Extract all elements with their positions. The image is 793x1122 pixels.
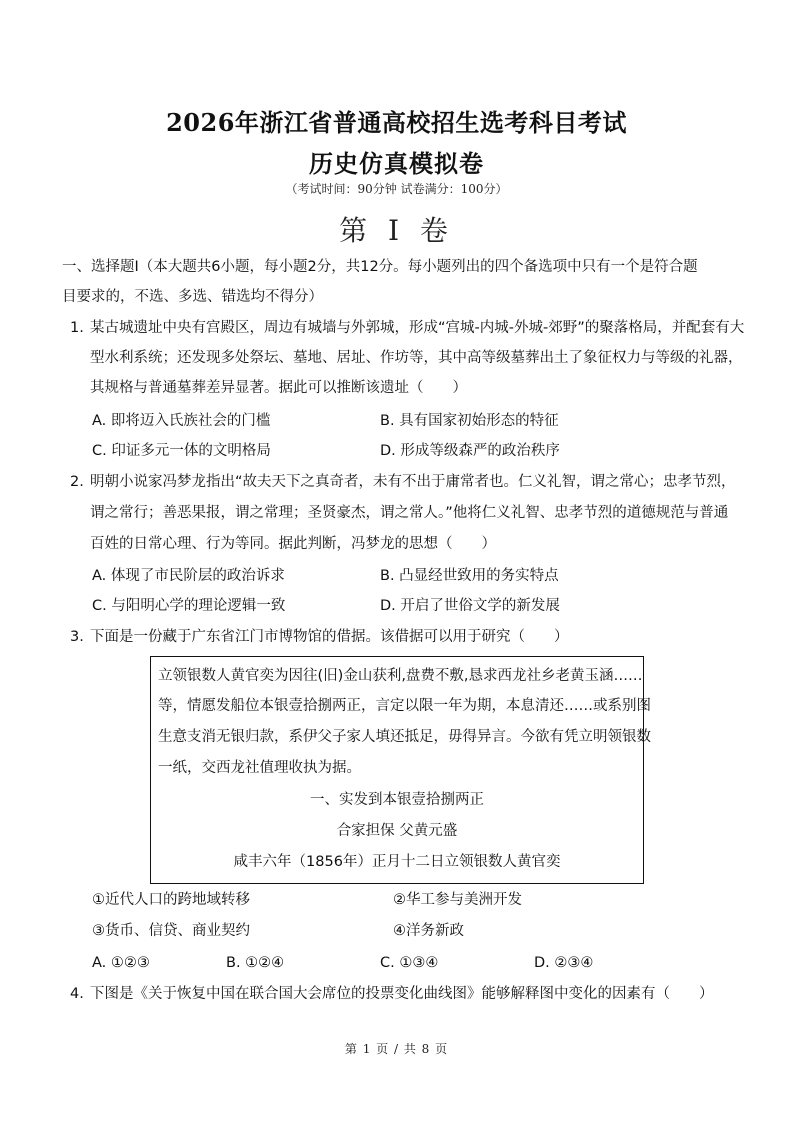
option-label: D. — [534, 955, 550, 971]
question-text-line: 下图是《关于恢复中国在联合国大会席位的投票变化曲线图》能够解释图中变化的因素有（… — [90, 984, 714, 1004]
option-a: A. ①②③ — [92, 953, 150, 973]
option-d: D. 形成等级森严的政治秩序 — [380, 441, 560, 461]
statement-item: ④洋务新政 — [393, 921, 464, 941]
option-text: 具有国家初始形态的特征 — [399, 413, 559, 429]
question-number: 4. — [70, 984, 84, 1004]
question-text-line: 其规格与普通墓葬差异显著。据此可以推断该遗址（ ） — [90, 378, 467, 398]
question-text-line: 明朝小说家冯梦龙指出“故夫天下之真奇者，未有不出于庸常者也。仁义礼智，谓之常心；… — [90, 472, 736, 492]
question-text-line: 某古城遗址中央有宫殿区，周边有城墙与外郭城，形成“宫城-内城-外城-郊野”的聚落… — [90, 318, 744, 338]
document-line: 等，情愿发船位本银壹拾捌两正，言定以限一年为期，本息清还……或系别图 — [158, 696, 651, 716]
option-label: C. — [92, 443, 107, 459]
document-line: 一纸，交西龙社值理收执为据。 — [158, 758, 361, 778]
statement-item: ③货币、信贷、商业契约 — [92, 921, 250, 941]
page-number: 第 1 页 / 共 8 页 — [0, 1040, 793, 1057]
option-label: B. — [380, 568, 395, 584]
option-text: ②③④ — [554, 955, 593, 971]
option-a: A. 即将迈入氏族社会的门槛 — [92, 411, 270, 431]
question-number: 2. — [70, 472, 84, 492]
option-c: C. ①③④ — [380, 953, 438, 973]
question-text-line: 型水利系统；还发现多处祭坛、墓地、居址、作坊等，其中高等级墓葬出土了象征权力与等… — [90, 348, 743, 368]
document-line: 立领银数人黄官奕为因往(旧)金山获利,盘费不敷,恳求西龙社乡老黄玉涵…… — [158, 666, 643, 686]
option-label: B. — [226, 955, 241, 971]
option-text: ①③④ — [399, 955, 438, 971]
document-center-line: 咸丰六年（1856年）正月十二日立领银数人黄官奕 — [150, 852, 644, 872]
option-label: A. — [92, 413, 106, 429]
exam-subtitle: 历史仿真模拟卷 — [0, 144, 793, 179]
statement-item: ①近代人口的跨地域转移 — [92, 890, 250, 910]
option-d: D. 开启了世俗文学的新发展 — [380, 596, 560, 616]
option-text: 即将迈入氏族社会的门槛 — [111, 413, 271, 429]
option-label: D. — [380, 598, 396, 614]
option-text: ①②④ — [245, 955, 284, 971]
option-label: A. — [92, 568, 106, 584]
question-number: 1. — [70, 318, 84, 338]
option-label: C. — [92, 598, 107, 614]
option-text: 与阳明心学的理论逻辑一致 — [111, 598, 285, 614]
option-text: 印证多元一体的文明格局 — [111, 443, 271, 459]
option-text: 形成等级森严的政治秩序 — [400, 443, 560, 459]
option-text: ①②③ — [111, 955, 150, 971]
question-text-line: 下面是一份藏于广东省江门市博物馆的借据。该借据可以用于研究（ ） — [90, 627, 569, 647]
document-center-line: 合家担保 父黄元盛 — [150, 821, 644, 841]
option-label: D. — [380, 443, 396, 459]
question-text-line: 谓之常行；善恶果报，谓之常理；圣贤豪杰，谓之常人。”他将仁义礼智、忠孝节烈的道德… — [90, 503, 728, 523]
option-b: B. ①②④ — [226, 953, 284, 973]
option-text: 体现了市民阶层的政治诉求 — [111, 568, 285, 584]
option-c: C. 与阳明心学的理论逻辑一致 — [92, 596, 285, 616]
volume-heading: 第 I 卷 — [0, 209, 793, 249]
option-label: C. — [380, 955, 395, 971]
question-text-line: 百姓的日常心理、行为等同。据此判断，冯梦龙的思想（ ） — [90, 534, 496, 554]
option-b: B. 具有国家初始形态的特征 — [380, 411, 559, 431]
option-a: A. 体现了市民阶层的政治诉求 — [92, 566, 285, 586]
option-text: 开启了世俗文学的新发展 — [400, 598, 560, 614]
exam-info: （考试时间：90分钟 试卷满分：100分） — [0, 180, 793, 197]
document-line: 生意支消无银归款，系伊父子家人填还抵足，毋得异言。今欲有凭立明领银数 — [158, 727, 651, 747]
statement-item: ②华工参与美洲开发 — [393, 890, 522, 910]
section-intro-line-2: 目要求的，不选、多选、错选均不得分） — [62, 287, 323, 307]
document-center-line: 一、实发到本银壹拾捌两正 — [150, 790, 644, 810]
option-d: D. ②③④ — [534, 953, 593, 973]
option-label: A. — [92, 955, 106, 971]
exam-title: 2026年浙江省普通高校招生选考科目考试 — [0, 103, 793, 138]
option-c: C. 印证多元一体的文明格局 — [92, 441, 271, 461]
question-number: 3. — [70, 627, 84, 647]
option-text: 凸显经世致用的务实特点 — [399, 568, 559, 584]
option-label: B. — [380, 413, 395, 429]
section-intro-line-1: 一、选择题Ⅰ（本大题共6小题，每小题2分，共12分。每小题列出的四个备选项中只有… — [62, 257, 698, 277]
option-b: B. 凸显经世致用的务实特点 — [380, 566, 559, 586]
